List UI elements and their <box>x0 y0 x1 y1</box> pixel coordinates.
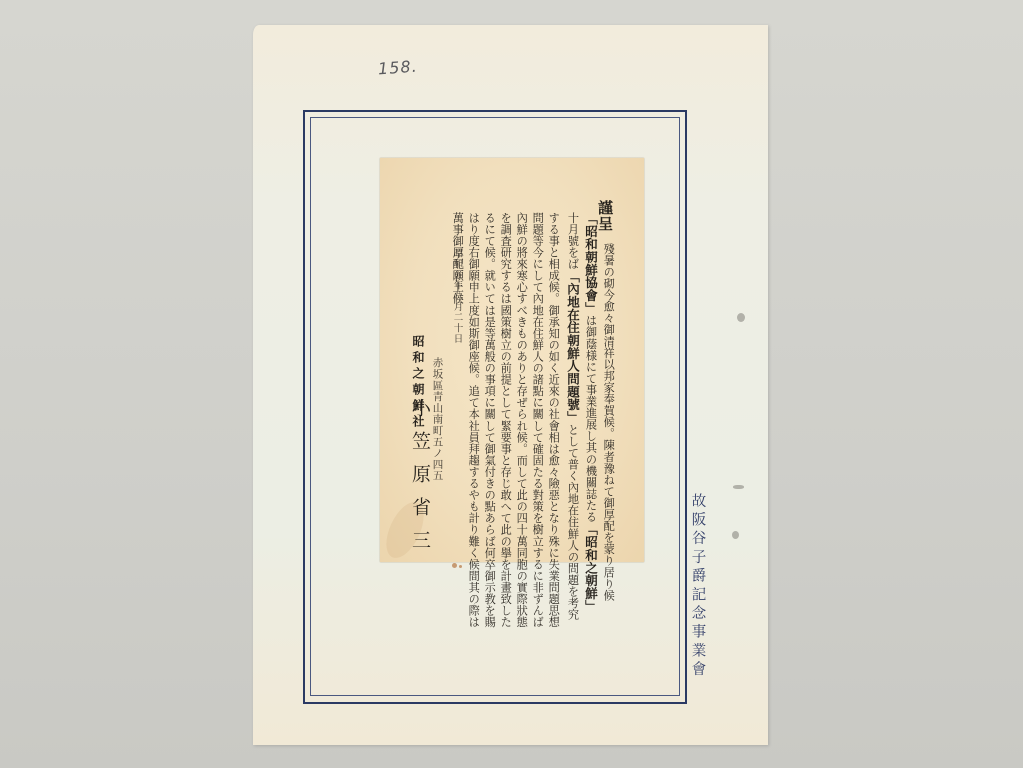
body-column-9: はり度右御願申上度如斯御座候。追て本社員拜趨するやも計り難く候間其の際は <box>468 212 479 628</box>
body-text: を調査研究するは國策樹立の前提として緊要事と存じ敢へて此の擧を計畫致した <box>499 212 512 628</box>
body-text: する事と相成候。御承知の如く近來の社會相は愈々險惡となり殊に失業問題思想 <box>547 212 560 628</box>
pencil-catalog-number: 158. <box>377 57 418 79</box>
body-text: るにて候。就いては是等萬般の事項に關して御氣付きの點あらば何卒御示教を賜 <box>483 212 496 628</box>
body-text: として普く內地在住鮮人の問題を考究 <box>567 424 580 620</box>
sender-name: 小笠原省三 <box>410 398 429 563</box>
body-text: はり度右御願申上度如斯御座候。追て本社員拜趨するやも計り難く候間其の際は <box>467 212 480 628</box>
paper-spot <box>733 485 744 489</box>
card-date: 昭和五年八月二十日 <box>452 248 462 344</box>
paper-spot <box>732 531 739 539</box>
body-text: は御蔭様にて事業進展し其の機關誌たる <box>585 315 598 523</box>
body-column-4: する事と相成候。御承知の如く近來の社會相は愈々險惡となり殊に失業問題思想 <box>548 212 559 628</box>
paper-spot <box>737 313 745 322</box>
body-column-6: 內鮮の將來寒心すべきものありと存ぜられ候。而して此の四十萬同胞の實際狀態 <box>516 212 527 628</box>
body-text: 殘暑の砌今愈々御清祥以邦家奉賀候。陳者豫ねて御厚配を蒙り居り候 <box>602 243 615 601</box>
card-heading: 謹呈 <box>597 200 612 232</box>
body-column-8: るにて候。就いては是等萬般の事項に關して御氣付きの點あらば何卒御示教を賜 <box>484 212 495 628</box>
body-column-7: を調査研究するは國策樹立の前提として緊要事と存じ敢へて此の擧を計畫致した <box>500 212 511 628</box>
body-text: 內鮮の將來寒心すべきものありと存ぜられ候。而して此の四十萬同胞の實際狀態 <box>515 212 528 628</box>
special-issue-title: 「內地在住朝鮮人問題號」 <box>566 270 581 424</box>
body-text: 十月號をば <box>567 212 580 270</box>
memorial-society-label: 故阪谷子爵記念事業會 <box>690 493 705 680</box>
journal-name: 「昭和之朝鮮」 <box>584 523 599 613</box>
card-spots <box>452 553 464 572</box>
body-text: 問題等今にして內地在住鮮人の諸點に關して確固たる對策を樹立するに非ずんば <box>531 212 544 628</box>
sender-address: 赤坂區青山南町五ノ四五 <box>432 357 443 481</box>
body-column-3: 十月號をば「內地在住朝鮮人問題號」として普く內地在住鮮人の問題を考究 <box>566 212 579 620</box>
body-column-2: 「昭和朝鮮協會」は御蔭様にて事業進展し其の機關誌たる「昭和之朝鮮」 <box>584 212 597 613</box>
body-column-1: 殘暑の砌今愈々御清祥以邦家奉賀候。陳者豫ねて御厚配を蒙り居り候 <box>603 243 614 601</box>
body-column-5: 問題等今にして內地在住鮮人の諸點に關して確固たる對策を樹立するに非ずんば <box>532 212 543 628</box>
association-name: 「昭和朝鮮協會」 <box>584 212 599 315</box>
